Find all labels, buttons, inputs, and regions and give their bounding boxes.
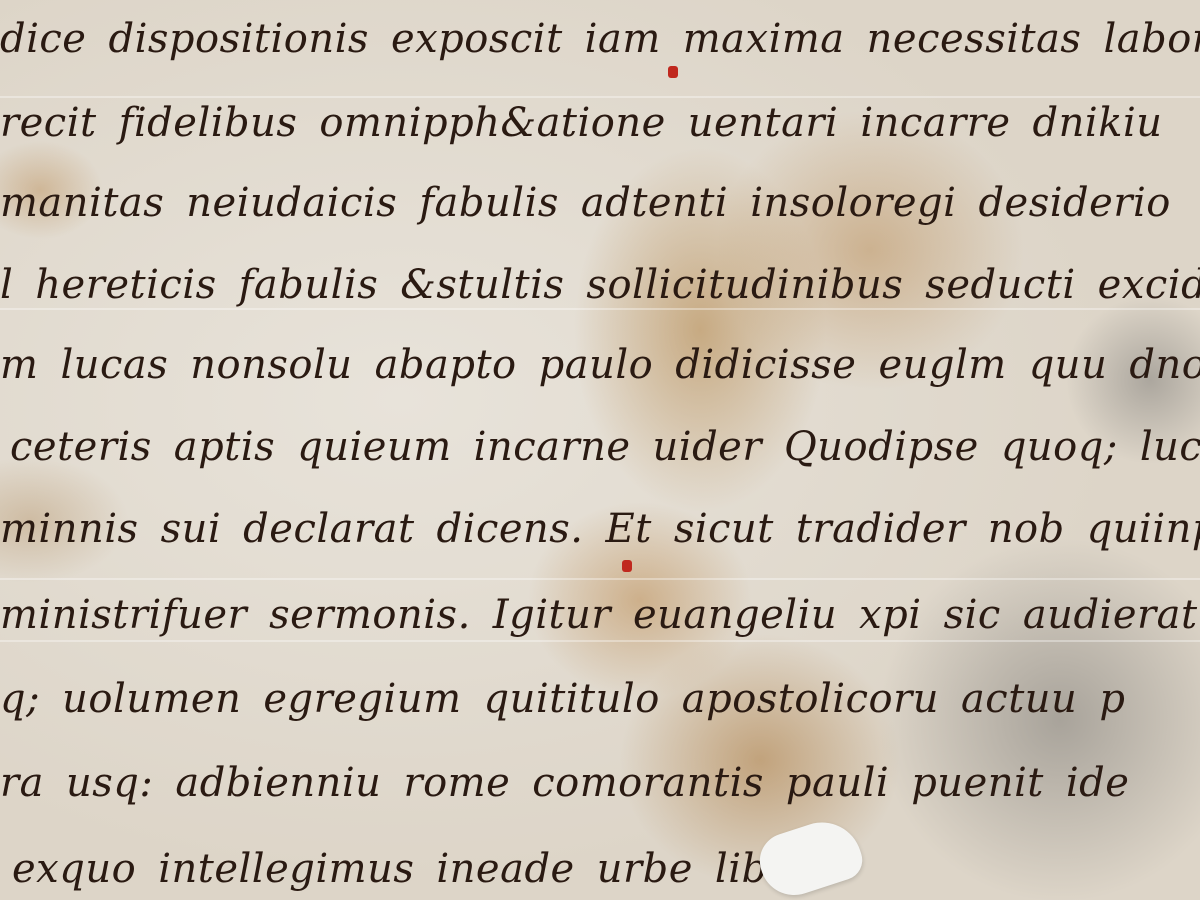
word: lucas [60,342,168,388]
manuscript-line-4: lhereticisfabulis&stultissollicitudinibu… [0,262,1200,308]
parchment-crease [0,308,1200,310]
word: sollicitudinibus [586,262,903,308]
word: maxima [683,16,845,62]
word: xpi [859,592,921,638]
word: quititulo [484,676,660,722]
word: pauli [786,760,889,806]
word: quieum [297,424,452,470]
word: incarne [474,424,631,470]
word: uentari [688,100,839,146]
red-ink-mark [622,560,632,572]
word: laboris [1103,16,1200,62]
manuscript-line-8: ministrifuersermonis.Igitureuangeliuxpis… [0,592,1200,638]
word: incarre [860,100,1010,146]
manuscript-line-9: q;uolumenegregiumquitituloapostolicoruac… [0,676,1147,722]
word: manitas [0,180,164,226]
parchment-crease [0,96,1200,98]
red-ink-mark [668,66,678,78]
word: desiderio [978,180,1170,226]
manuscript-line-2: recitfidelibusomnipph&ationeuentariincar… [0,100,1185,146]
word: nob [988,506,1065,552]
word: insoloregi [750,180,956,226]
word: hereticis [35,262,216,308]
word: exposcit [391,16,563,62]
word: neiudaicis [186,180,397,226]
word: abapto [375,342,517,388]
manuscript-line-10: rausq:adbienniuromecomorantispaulipuenit… [0,760,1151,806]
word: comorantis [532,760,764,806]
word: nonsolu [190,342,352,388]
word: p [1099,676,1125,722]
word: intellegimus [158,846,414,892]
word: sicut [674,506,774,552]
word: uider [653,424,762,470]
word: euglm [878,342,1006,388]
word: declarat [243,506,414,552]
word: q; [0,676,40,722]
word: m [0,342,38,388]
word: dicens. [437,506,584,552]
word: dispositionis [108,16,368,62]
word: exquo [12,846,136,892]
word: egregium [263,676,461,722]
word: minnis [0,506,139,552]
word: audierat [1023,592,1198,638]
word: urbe [597,846,693,892]
word: dice [0,16,86,62]
word: quiinpri [1087,506,1200,552]
word: didicisse [675,342,856,388]
word: fabulis [239,262,379,308]
word: ceteris [10,424,152,470]
word: dno [1129,342,1200,388]
word: recit [0,100,97,146]
word: actuu [961,676,1077,722]
word: ineade [436,846,574,892]
manuscript-line-6: ceterisaptisquieumincarneuiderQuodipsequ… [10,424,1200,470]
parchment-crease [0,578,1200,580]
word: uolumen [62,676,241,722]
word: ra [0,760,44,806]
word: apostolicoru [682,676,939,722]
manuscript-line-3: manitasneiudaicisfabulisadtentiinsoloreg… [0,180,1193,226]
word: puenit [911,760,1044,806]
word: aptis [174,424,275,470]
manuscript-line-7: minnissuideclaratdicens.Etsicuttradidern… [0,506,1200,552]
word: Quodipse [784,424,979,470]
word: Igitur [493,592,611,638]
word: fabulis [419,180,559,226]
word: usq: [66,760,153,806]
word: exciderent [1098,262,1200,308]
word: l [0,262,13,308]
word: quoq; [1001,424,1118,470]
word: sui [161,506,222,552]
word: sic [944,592,1001,638]
word: iam [585,16,661,62]
word: omnipph&atione [319,100,665,146]
word: sermonis. [269,592,471,638]
manuscript-page: dicedispositionisexposcitiammaximanecess… [0,0,1200,900]
word: euangeliu [633,592,837,638]
word: quu [1029,342,1108,388]
word: tradider [796,506,966,552]
word: dnikiu [1033,100,1163,146]
word: necessitas [867,16,1082,62]
parchment-crease [0,640,1200,642]
word: adtenti [581,180,728,226]
manuscript-line-1: dicedispositionisexposcitiammaximanecess… [0,16,1200,62]
manuscript-line-11: exquointellegimusineadeurbelib [12,846,790,892]
word: seducti [925,262,1075,308]
word: rome [403,760,510,806]
word: fidelibus [119,100,298,146]
word: ide [1066,760,1130,806]
word: luc [1140,424,1200,470]
word: Et [606,506,652,552]
word: &stultis [400,262,564,308]
word: adbienniu [175,760,381,806]
manuscript-line-5: mlucasnonsoluabaptopaulodidicisseeuglmqu… [0,342,1200,388]
word: ministrifuer [0,592,247,638]
word: paulo [539,342,654,388]
